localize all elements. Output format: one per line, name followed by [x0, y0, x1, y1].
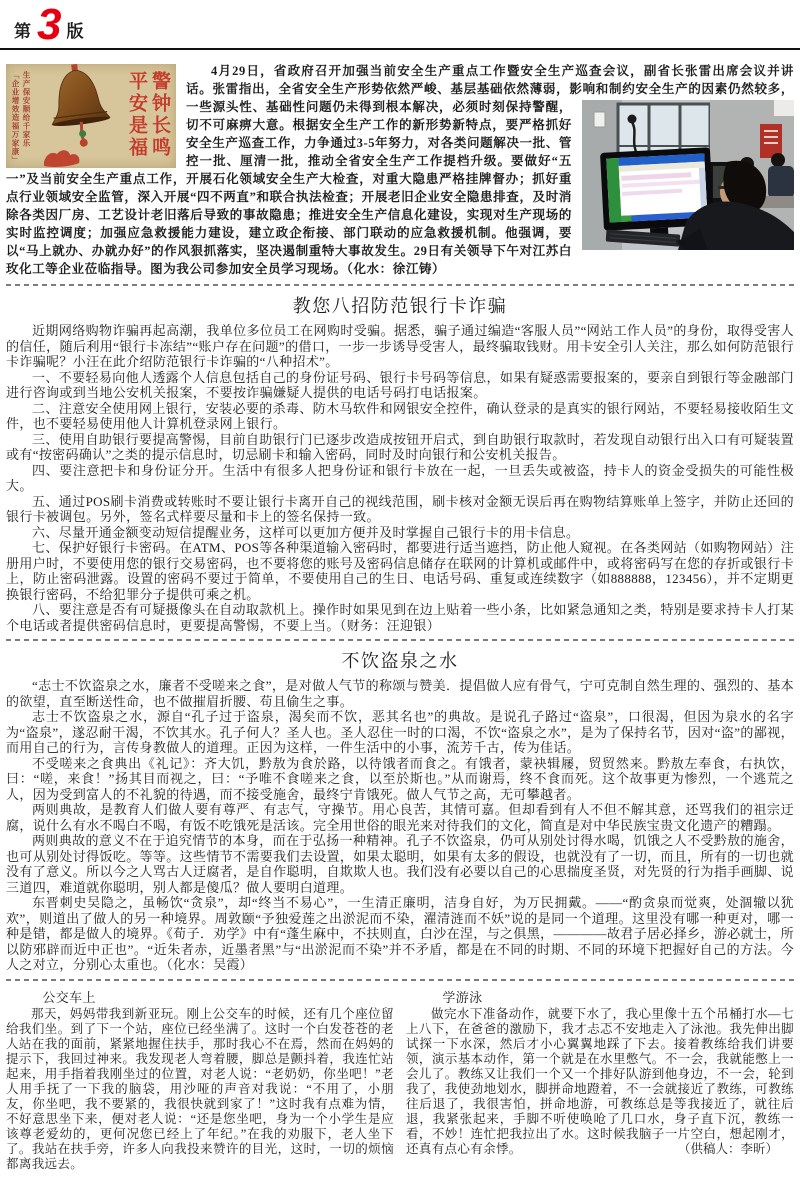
- swim-story-body: 做完水下准备动作，就要下水了，我心里像十五个吊桶打水—七上八下，在爸爸的激励下，…: [406, 1007, 794, 1157]
- article-safety-meeting: 生产保安顺给千家乐 「企业增效造福万家康」: [6, 62, 794, 278]
- page-content: 生产保安顺给千家乐 「企业增效造福万家康」: [0, 62, 800, 1172]
- edition-suffix: 版: [66, 22, 84, 41]
- training-photo: [582, 100, 794, 250]
- paragraph: 七、保护好银行卡密码。在ATM、POS等各种渠道输入密码时，都要进行适当遮挡，防…: [6, 540, 794, 602]
- essay-article-title: 不饮盗泉之水: [6, 647, 794, 673]
- poster-slogan-pingan: 平安是福: [125, 71, 148, 159]
- paragraph: 二、注意安全使用网上银行，安装必要的杀毒、防木马软件和网银安全控件，确认登录的是…: [6, 401, 794, 432]
- paragraph: 八、要注意是否有可疑摄像头在自动取款机上。操作时如果见到在边上贴着一些小条，比如…: [6, 602, 794, 633]
- section-separator: [6, 284, 794, 286]
- wall-unit: [774, 100, 794, 116]
- red-wall-poster: [760, 124, 782, 158]
- story-swim-column: 学游泳 做完水下准备动作，就要下水了，我心里像十五个吊桶打水—七上八下，在爸爸的…: [406, 989, 794, 1172]
- poster-side-slogan-outer: 「企业增效造福万家康」: [10, 71, 20, 165]
- paragraph: 六、尽量开通金额变动短信提醒业务，这样可以更加方便并及时掌握自己银行卡的用卡信息…: [6, 525, 794, 541]
- paragraph: 做完水下准备动作，就要下水了，我心里像十五个吊桶打水—七上八下，在爸爸的激励下，…: [406, 1007, 794, 1157]
- essay-article-body: “志士不饮盗泉之水，廉者不受嗟来之食”，是对做人气节的称颂与赞美．提倡做人应有骨…: [6, 678, 794, 973]
- paragraph: 四、要注意把卡和身份证分开。生活中有很多人把身份证和银行卡放在一起，一旦丢失或被…: [6, 463, 794, 494]
- paragraph: “志士不饮盗泉之水，廉者不受嗟来之食”，是对做人气节的称颂与赞美．提倡做人应有骨…: [6, 678, 794, 709]
- edition-header: 第3版: [0, 0, 800, 46]
- swim-story-title: 学游泳: [406, 989, 794, 1006]
- paragraph: 一、不要轻易向他人透露个人信息包括自己的身份证号码、银行卡号码等信息，如果有疑惑…: [6, 370, 794, 401]
- article-bank-fraud: 教您八招防范银行卡诈骗 近期网络购物诈骗再起高潮，我单位多位员工在网购时受骗。据…: [6, 292, 794, 633]
- section-separator: [6, 979, 794, 981]
- poster-main-slogans: 警钟长鸣 平安是福: [125, 71, 171, 159]
- poster-side-slogans: 生产保安顺给千家乐 「企业增效造福万家康」: [9, 71, 31, 165]
- paragraph: 五、通过POS刷卡消费或转账时不要让银行卡离开自己的视线范围，刷卡核对金额无误后…: [6, 494, 794, 525]
- paragraph: 三、使用自助银行要提高警惕，目前自助银行门已逐步改造成按钮开启式，到自助银行取款…: [6, 432, 794, 463]
- poster-side-slogan-inner: 生产保安顺给千家乐: [21, 71, 31, 165]
- cord-bead: [79, 130, 87, 138]
- bank-article-body: 近期网络购物诈骗再起高潮，我单位多位员工在网购时受骗。据悉，骗子通过编造“客服人…: [6, 323, 794, 633]
- poster-slogan-jingzhong: 警钟长鸣: [148, 71, 171, 159]
- edition-prefix: 第: [14, 22, 32, 41]
- paragraph: 两则典故，是教育人们做人要有尊严、有志气，守操节。用心良苦，其情可嘉。但却看到有…: [6, 802, 794, 833]
- warning-bell-poster: 生产保安顺给千家乐 「企业增效造福万家康」: [6, 64, 176, 168]
- bus-story-title: 公交车上: [6, 989, 394, 1006]
- paragraph: 东晋刺史吴隐之，虽畅饮“贪泉”，却“终当不易心”，一生清正廉明，洁身自好，为万民…: [6, 895, 794, 973]
- bus-story-body: 那天，妈妈带我到新亚玩。刚上公交车的时候，还有几个座位留给我们坐。到了下一个站，…: [6, 1007, 394, 1172]
- paragraph: 志士不饮盗泉之水，源自“孔子过于盗泉，渴矣而不饮，恶其名也”的典故。是说孔子路过…: [6, 709, 794, 756]
- bottom-stories: 公交车上 那天，妈妈带我到新亚玩。刚上公交车的时候，还有几个座位留给我们坐。到了…: [6, 989, 794, 1172]
- paragraph: 两则典故的意义不在于追究情节的本身，而在于弘扬一种精神。孔子不饮盗泉，仍可从别处…: [6, 833, 794, 895]
- paragraph: 近期网络购物诈骗再起高潮，我单位多位员工在网购时受骗。据悉，骗子通过编造“客服人…: [6, 323, 794, 370]
- paragraph: 不受嗟来之食典出《礼记》：齐大饥，黔敖为食於路，以待饿者而食之。有饿者，蒙袂辑屦…: [6, 756, 794, 803]
- edition-number: 3: [37, 8, 61, 42]
- warning-bell-icon: [40, 64, 118, 173]
- newspaper-page-3: 第3版 生产保安顺给千家乐 「企业增效造福万家康」: [0, 0, 800, 1200]
- bank-article-title: 教您八招防范银行卡诈骗: [6, 292, 794, 318]
- red-hand-graphic: [44, 150, 79, 167]
- wall-switch: [594, 112, 605, 127]
- section-separator: [6, 639, 794, 641]
- masthead-rule: [0, 48, 800, 50]
- article-essay-daoquan: 不饮盗泉之水 “志士不饮盗泉之水，廉者不受嗟来之食”，是对做人气节的称颂与赞美．…: [6, 647, 794, 973]
- story-bus-column: 公交车上 那天，妈妈带我到新亚玩。刚上公交车的时候，还有几个座位留给我们坐。到了…: [6, 989, 394, 1172]
- paragraph: 那天，妈妈带我到新亚玩。刚上公交车的时候，还有几个座位留给我们坐。到了下一个站，…: [6, 1007, 394, 1172]
- safety-article-text-lead: 4月29日，省政府召开加强当前安全生产重点工作暨安全生产巡查会议，副省长张雷出席…: [186, 64, 794, 96]
